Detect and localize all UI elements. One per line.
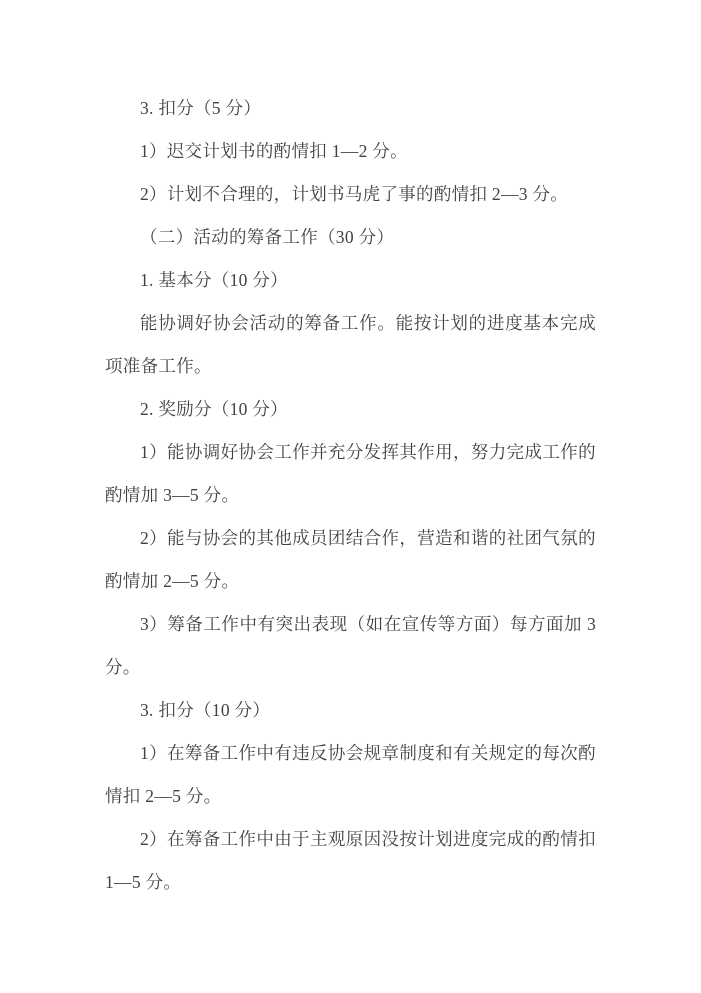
text-line-heading: 3. 扣分（5 分） [105, 87, 596, 130]
text-line: 1）能协调好协会工作并充分发挥其作用，努力完成工作的 [105, 431, 596, 474]
text-line: 3）筹备工作中有突出表现（如在宣传等方面）每方面加 3 [105, 603, 596, 646]
text-line-continuation: 情扣 2—5 分。 [105, 775, 596, 818]
text-line: 1）迟交计划书的酌情扣 1—2 分。 [105, 130, 596, 173]
text-line-heading: 3. 扣分（10 分） [105, 689, 596, 732]
text-line: 2）能与协会的其他成员团结合作，营造和谐的社团气氛的 [105, 517, 596, 560]
document-body: 3. 扣分（5 分） 1）迟交计划书的酌情扣 1—2 分。 2）计划不合理的，计… [105, 87, 596, 904]
text-line-continuation: 酌情加 3—5 分。 [105, 474, 596, 517]
text-line-continuation: 1—5 分。 [105, 861, 596, 904]
document-page: 3. 扣分（5 分） 1）迟交计划书的酌情扣 1—2 分。 2）计划不合理的，计… [0, 0, 701, 993]
text-line-continuation: 分。 [105, 646, 596, 689]
text-line: 2）在筹备工作中由于主观原因没按计划进度完成的酌情扣 [105, 818, 596, 861]
text-line-continuation: 项准备工作。 [105, 345, 596, 388]
text-line-section-heading: （二）活动的筹备工作（30 分） [105, 216, 596, 259]
text-line: 2）计划不合理的，计划书马虎了事的酌情扣 2—3 分。 [105, 173, 596, 216]
text-line-heading: 2. 奖励分（10 分） [105, 388, 596, 431]
text-line: 1）在筹备工作中有违反协会规章制度和有关规定的每次酌 [105, 732, 596, 775]
text-line-continuation: 酌情加 2—5 分。 [105, 560, 596, 603]
text-line: 能协调好协会活动的筹备工作。能按计划的进度基本完成各 [105, 302, 596, 345]
text-line-heading: 1. 基本分（10 分） [105, 259, 596, 302]
